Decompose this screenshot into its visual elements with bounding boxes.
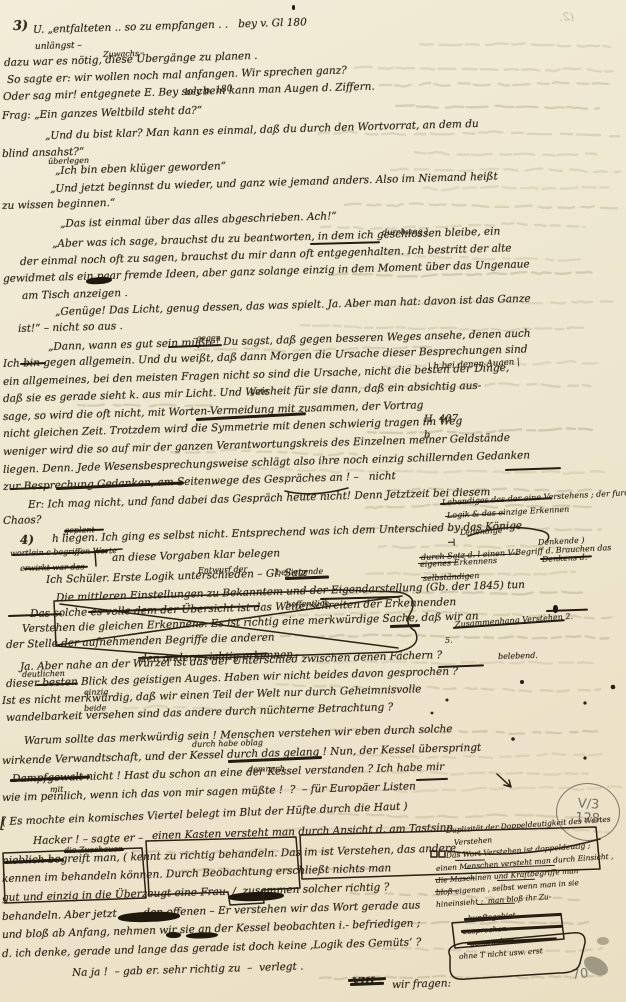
handwritten-line: ist!“ – nicht so aus . xyxy=(18,320,123,335)
bleedthrough-line xyxy=(355,67,612,72)
margin-note: Verstehen xyxy=(454,835,493,847)
ink-smudge xyxy=(597,937,609,945)
dele-symbol: ⊣ xyxy=(447,538,456,549)
bleedthrough-line xyxy=(420,44,610,48)
margin-note: H 407 xyxy=(424,413,458,425)
insert-note: hoffentlich xyxy=(286,599,330,609)
handwritten-line: Chaos? xyxy=(3,514,42,527)
ink-dot xyxy=(511,737,515,741)
ink-blot xyxy=(86,276,112,285)
ink-dot xyxy=(431,712,434,715)
bleedthrough-line xyxy=(415,152,596,155)
stamp-bottom-label: 128 xyxy=(575,811,601,826)
ink-strikethrough xyxy=(438,664,484,668)
insert-note: gegen xyxy=(196,333,221,343)
bleedthrough-page-number: (2. xyxy=(559,10,574,24)
bleedthrough-line xyxy=(396,105,599,109)
handwritten-line: Na ja ! – gab er. sehr richtig zu – verl… xyxy=(72,961,304,979)
ink-dot xyxy=(583,701,586,704)
handwritten-line: wir fragen: xyxy=(392,977,451,991)
margin-note: b xyxy=(424,430,431,441)
ink-blot xyxy=(186,932,218,939)
margin-note: ohne T nicht usw. erst xyxy=(459,946,543,961)
handwritten-line: U. „entfalteten .. so zu empfangen . . b… xyxy=(33,16,307,36)
handwritten-line: Frag: „Ein ganzes Weltbild steht da?“ xyxy=(2,104,203,122)
insert-note: mit xyxy=(50,785,64,794)
margin-note: Lebendige xyxy=(460,526,503,537)
handwritten-line: „Und du bist klar? Man kann es einmal, d… xyxy=(45,118,479,142)
ink-dot xyxy=(520,680,524,684)
insert-note: einzig xyxy=(84,687,109,697)
handwritten-line: an diese Vorgaben klar belegen xyxy=(112,547,280,564)
section-number: 4) xyxy=(20,533,35,547)
handwritten-line: kennen im behandeln können. Durch Beobac… xyxy=(2,862,392,885)
handwritten-line: unlängst – xyxy=(35,41,82,52)
bleedthrough-line xyxy=(345,203,619,208)
handwritten-line: zu wissen beginnen.“ xyxy=(2,197,116,212)
bleedthrough-line xyxy=(380,82,609,86)
insert-note: belebend. xyxy=(498,651,538,661)
ink-strikethrough xyxy=(310,241,380,245)
handwritten-line: wie im peinlich, wenn ich das von mir sa… xyxy=(2,780,416,804)
ink-strikethrough xyxy=(505,467,561,471)
insert-note: beide xyxy=(84,703,107,713)
ink-strikethrough xyxy=(390,624,420,628)
ink-blot xyxy=(166,932,181,938)
ink-dot xyxy=(583,756,586,759)
ink-blot xyxy=(118,911,180,923)
handwritten-line: gut und einzig in die Überzeugt eine Fra… xyxy=(2,881,390,904)
handwritten-line: Ich Schüler. Erste Logik unterschieden –… xyxy=(46,567,308,586)
handwritten-line: „Das ist einmal über das alles abgeschri… xyxy=(60,210,337,230)
arrow-mark xyxy=(497,774,511,787)
ink-dot xyxy=(446,699,449,702)
insert-note: demnach xyxy=(248,764,285,774)
handwritten-line: dazu war es nötig, diese Übergänge zu pl… xyxy=(4,50,258,69)
ink-blot xyxy=(553,605,558,613)
ink-strikethrough xyxy=(285,575,329,579)
manuscript-page: 3) (2. [ 70 V/3 128 U. „entfalteten .. s… xyxy=(0,0,626,1002)
ink-strikethrough xyxy=(416,778,448,781)
insert-note: gute xyxy=(250,386,268,396)
handwritten-line: der Stelle der aufnehmenden Begriffe die… xyxy=(6,631,275,650)
archive-stamp: V/3 128 xyxy=(554,781,622,843)
margin-note: 5. xyxy=(445,636,453,645)
section-number: 3) xyxy=(13,18,29,34)
ink-blot xyxy=(228,891,284,902)
handwritten-line: einen Kasten versteht man durch Ansicht … xyxy=(152,822,454,842)
handwritten-line: am Tisch anzeigen . xyxy=(22,287,128,302)
insert-note: deutlichen xyxy=(22,669,65,679)
handwritten-line: d. ich denke, gerade und lange das gerad… xyxy=(2,936,422,960)
bleedthrough-line xyxy=(424,186,609,190)
margin-note: Logik & das einzige Erkennen xyxy=(447,505,570,520)
insert-note: Entwurf der xyxy=(198,565,247,575)
ink-blot xyxy=(292,5,295,10)
ink-dot xyxy=(611,685,616,690)
pencil-folio-number: 70 xyxy=(571,966,589,983)
